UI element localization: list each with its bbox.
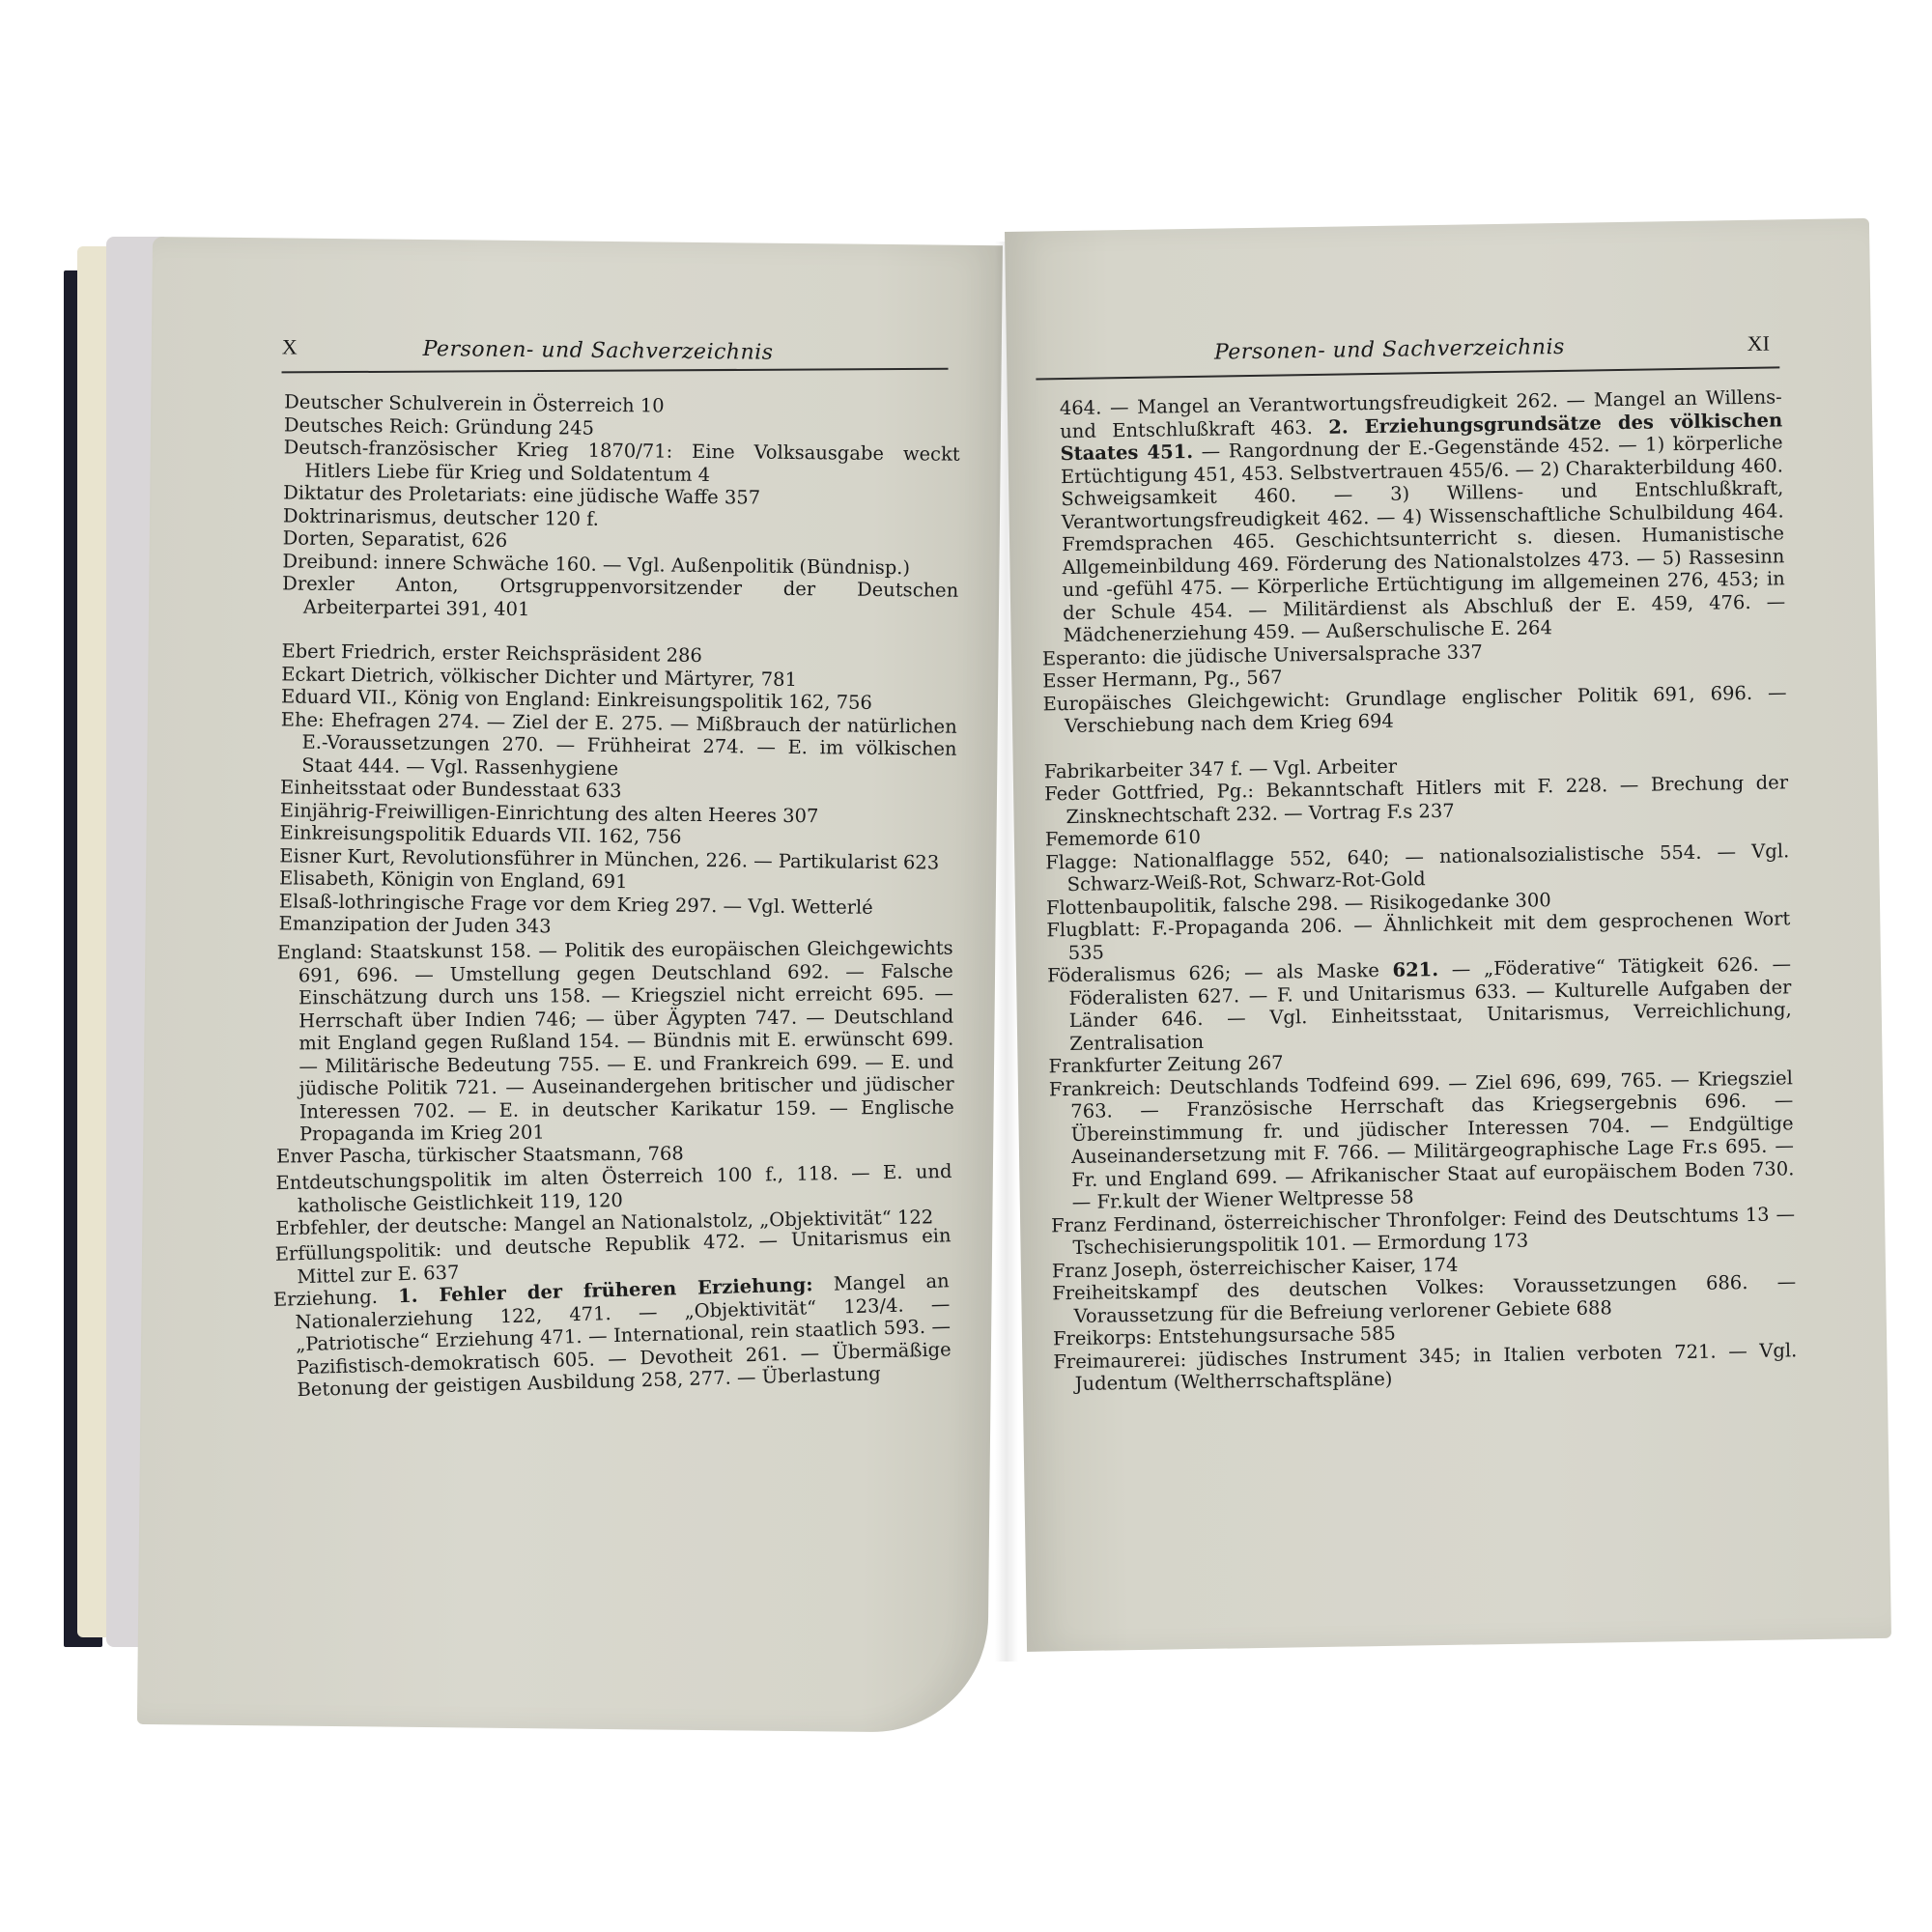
index-entries: 464. — Mangel an Verantwortungsfreudigke… bbox=[1038, 385, 1798, 1395]
index-entry: Föderalismus 626; — als Maske 621. — „Fö… bbox=[1047, 952, 1792, 1055]
right-page: Personen- und Sachverzeichnis XI 464. — … bbox=[1005, 218, 1891, 1652]
header-rule bbox=[1036, 366, 1779, 380]
entry-text: — Rangordnung der E.-Gegenstände 452. — … bbox=[1061, 431, 1785, 646]
index-entries: Deutscher Schulverein in Österreich 10De… bbox=[274, 390, 961, 1396]
page-number: X bbox=[282, 334, 298, 359]
page-number: XI bbox=[1747, 331, 1770, 356]
running-title: Personen- und Sachverzeichnis bbox=[1214, 335, 1565, 365]
header-rule bbox=[282, 368, 949, 374]
left-page: X Personen- und Sachverzeichnis Deutsche… bbox=[137, 237, 1003, 1733]
index-entry: Erziehung. 1. Fehler der früheren Erzieh… bbox=[273, 1269, 952, 1402]
left-page-header: X Personen- und Sachverzeichnis bbox=[282, 334, 958, 366]
right-page-header: Personen- und Sachverzeichnis XI bbox=[1036, 330, 1789, 367]
index-entry-continuation: 464. — Mangel an Verantwortungsfreudigke… bbox=[1038, 385, 1786, 647]
index-entry: England: Staatskunst 158. — Politik des … bbox=[277, 936, 954, 1145]
entry-bold-heading: 621. bbox=[1392, 958, 1438, 981]
index-entry: Ehe: Ehefragen 274. — Ziel der E. 275. —… bbox=[280, 708, 957, 783]
index-entry: Frankreich: Deutschlands Todfeind 699. —… bbox=[1049, 1066, 1795, 1214]
entry-text: Erziehung. bbox=[273, 1285, 399, 1311]
index-entry: Drexler Anton, Ortsgruppenvorsitzender d… bbox=[282, 572, 958, 624]
index-entry: Deutsch-französischer Krieg 1870/71: Ein… bbox=[283, 436, 959, 488]
running-title: Personen- und Sachverzeichnis bbox=[423, 337, 774, 365]
